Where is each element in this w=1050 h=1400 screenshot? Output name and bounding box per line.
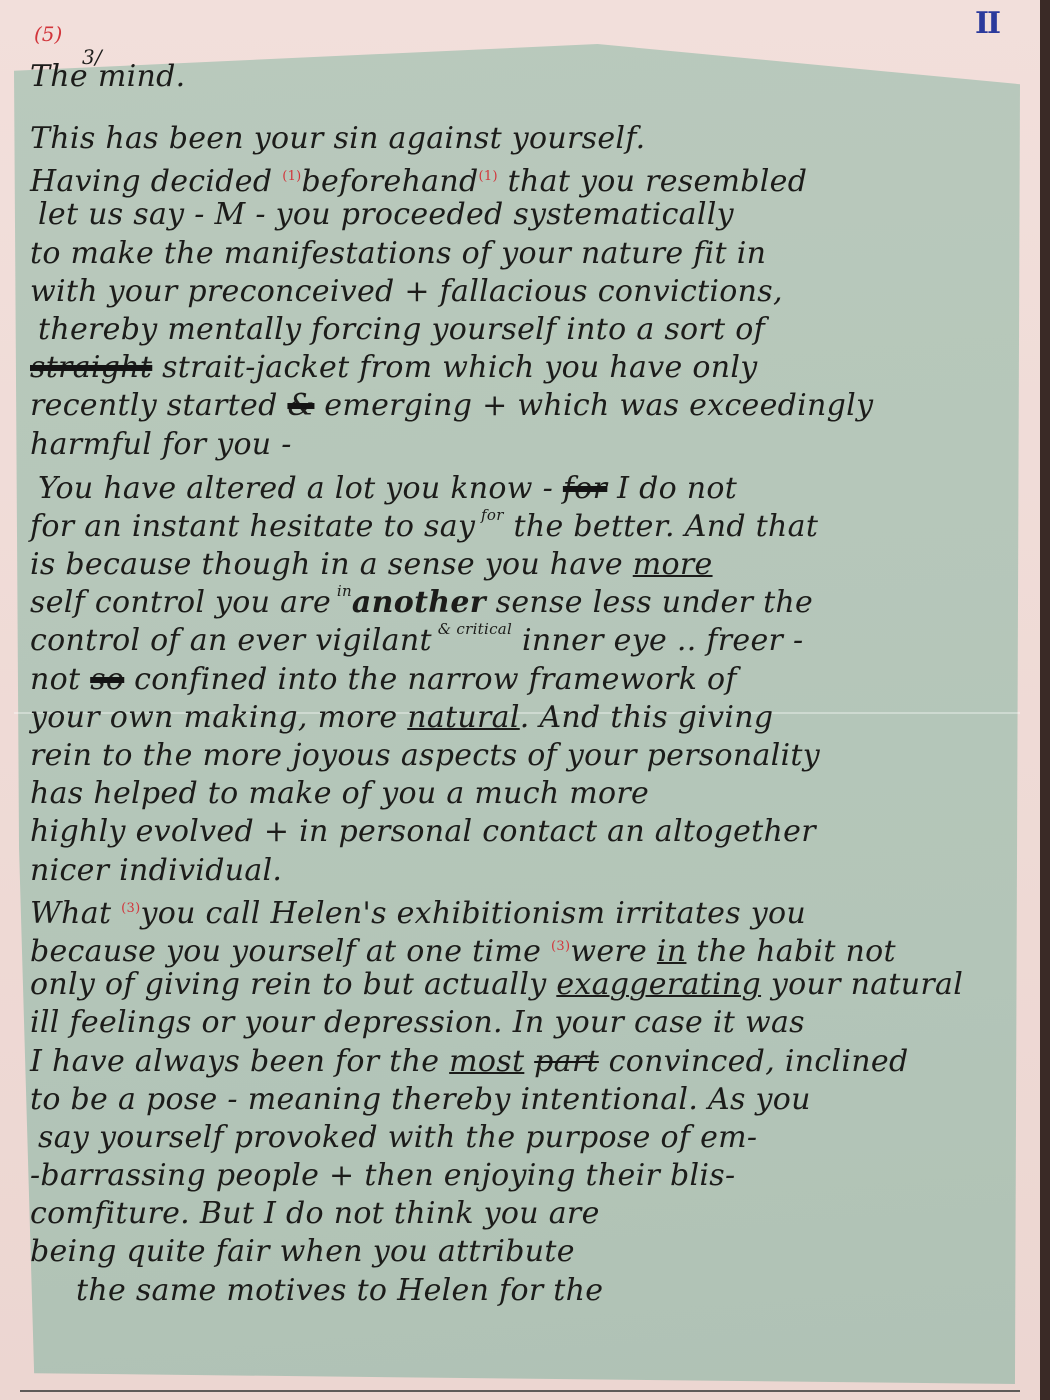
text-line-1: This has been your sin against yourself. (30, 120, 1010, 158)
text-line-26: to be a pose - meaning thereby intention… (30, 1081, 1010, 1119)
text-line-19: highly evolved + in personal contact an … (30, 813, 1010, 851)
text-line-3: let us say - M - you proceeded systemati… (30, 196, 1010, 234)
text-line-14: control of an ever vigilant & critical i… (30, 622, 1010, 660)
section-number: 3/ (82, 28, 102, 86)
text-line-12: is because though in a sense you have mo… (30, 546, 1010, 584)
inserted-word: in (337, 582, 352, 600)
text-line-10: You have altered a lot you know - for I … (30, 470, 1010, 508)
overwritten-word: another (352, 585, 486, 620)
heading: The mind. (30, 59, 185, 94)
inserted-word: for (481, 506, 504, 524)
text-line-22: because you yourself at one time (3)were… (30, 928, 1010, 966)
struck-word: part (534, 1044, 599, 1079)
text-line-5: with your preconceived + fallacious conv… (30, 273, 1010, 311)
background-edge (1040, 0, 1050, 1400)
paper-bottom-edge (20, 1390, 1020, 1392)
footnote-marker-3: (3) (121, 901, 140, 916)
footnote-marker-1b: (1) (479, 169, 498, 184)
text-line-8: recently started & emerging + which was … (30, 387, 1010, 425)
text-line-23: only of giving rein to but actually exag… (30, 966, 1010, 1004)
text-line-29: comfiture. But I do not think you are (30, 1195, 1010, 1233)
text-line-18: has helped to make of you a much more (30, 775, 1010, 813)
text-line-24: ill feelings or your depression. In your… (30, 1004, 1010, 1042)
text-line-20: nicer individual. (30, 852, 1010, 890)
text-line-25: I have always been for the most part con… (30, 1043, 1010, 1081)
struck-word: so (90, 662, 124, 697)
underlined-word: more (633, 547, 713, 582)
handwritten-text: 3/ The mind. This has been your sin agai… (30, 48, 1010, 1310)
struck-word: for (563, 471, 607, 506)
text-line-11: for an instant hesitate to say for the b… (30, 508, 1010, 546)
underlined-word: natural (407, 700, 520, 735)
footnote-marker-3b: (3) (551, 939, 570, 954)
text-line-21: What (3)you call Helen's exhibitionism i… (30, 890, 1010, 928)
text-line-6: thereby mentally forcing yourself into a… (30, 311, 1010, 349)
text-line-15: not so confined into the narrow framewor… (30, 661, 1010, 699)
footnote-marker-1: (1) (282, 169, 301, 184)
text-line-30: being quite fair when you attribute (30, 1233, 1010, 1271)
text-line-28: -barrassing people + then enjoying their… (30, 1157, 1010, 1195)
text-line-7: straight strait-jacket from which you ha… (30, 349, 1010, 387)
text-line-2: Having decided (1)beforehand(1) that you… (30, 158, 1010, 196)
text-line-9: harmful for you - (30, 426, 1010, 464)
text-line-4: to make the manifestations of your natur… (30, 235, 1010, 273)
struck-word: straight (30, 350, 152, 385)
text-line-17: rein to the more joyous aspects of your … (30, 737, 1010, 775)
text-line-13: self control you are inanother sense les… (30, 584, 1010, 622)
text-line-27: say yourself provoked with the purpose o… (30, 1119, 1010, 1157)
inserted-word: & critical (438, 620, 512, 638)
underlined-word: exaggerating (556, 967, 761, 1002)
text-line-16: your own making, more natural. And this … (30, 699, 1010, 737)
heading-line: 3/ The mind. (30, 48, 1010, 98)
underlined-word: most (449, 1044, 524, 1079)
struck-word: & (287, 388, 314, 423)
text-line-31: the same motives to Helen for the (30, 1272, 1010, 1310)
underlined-word: in (657, 934, 687, 969)
roman-numeral-annotation: II (975, 6, 999, 41)
page-marker-annotation: (5) (34, 22, 62, 46)
